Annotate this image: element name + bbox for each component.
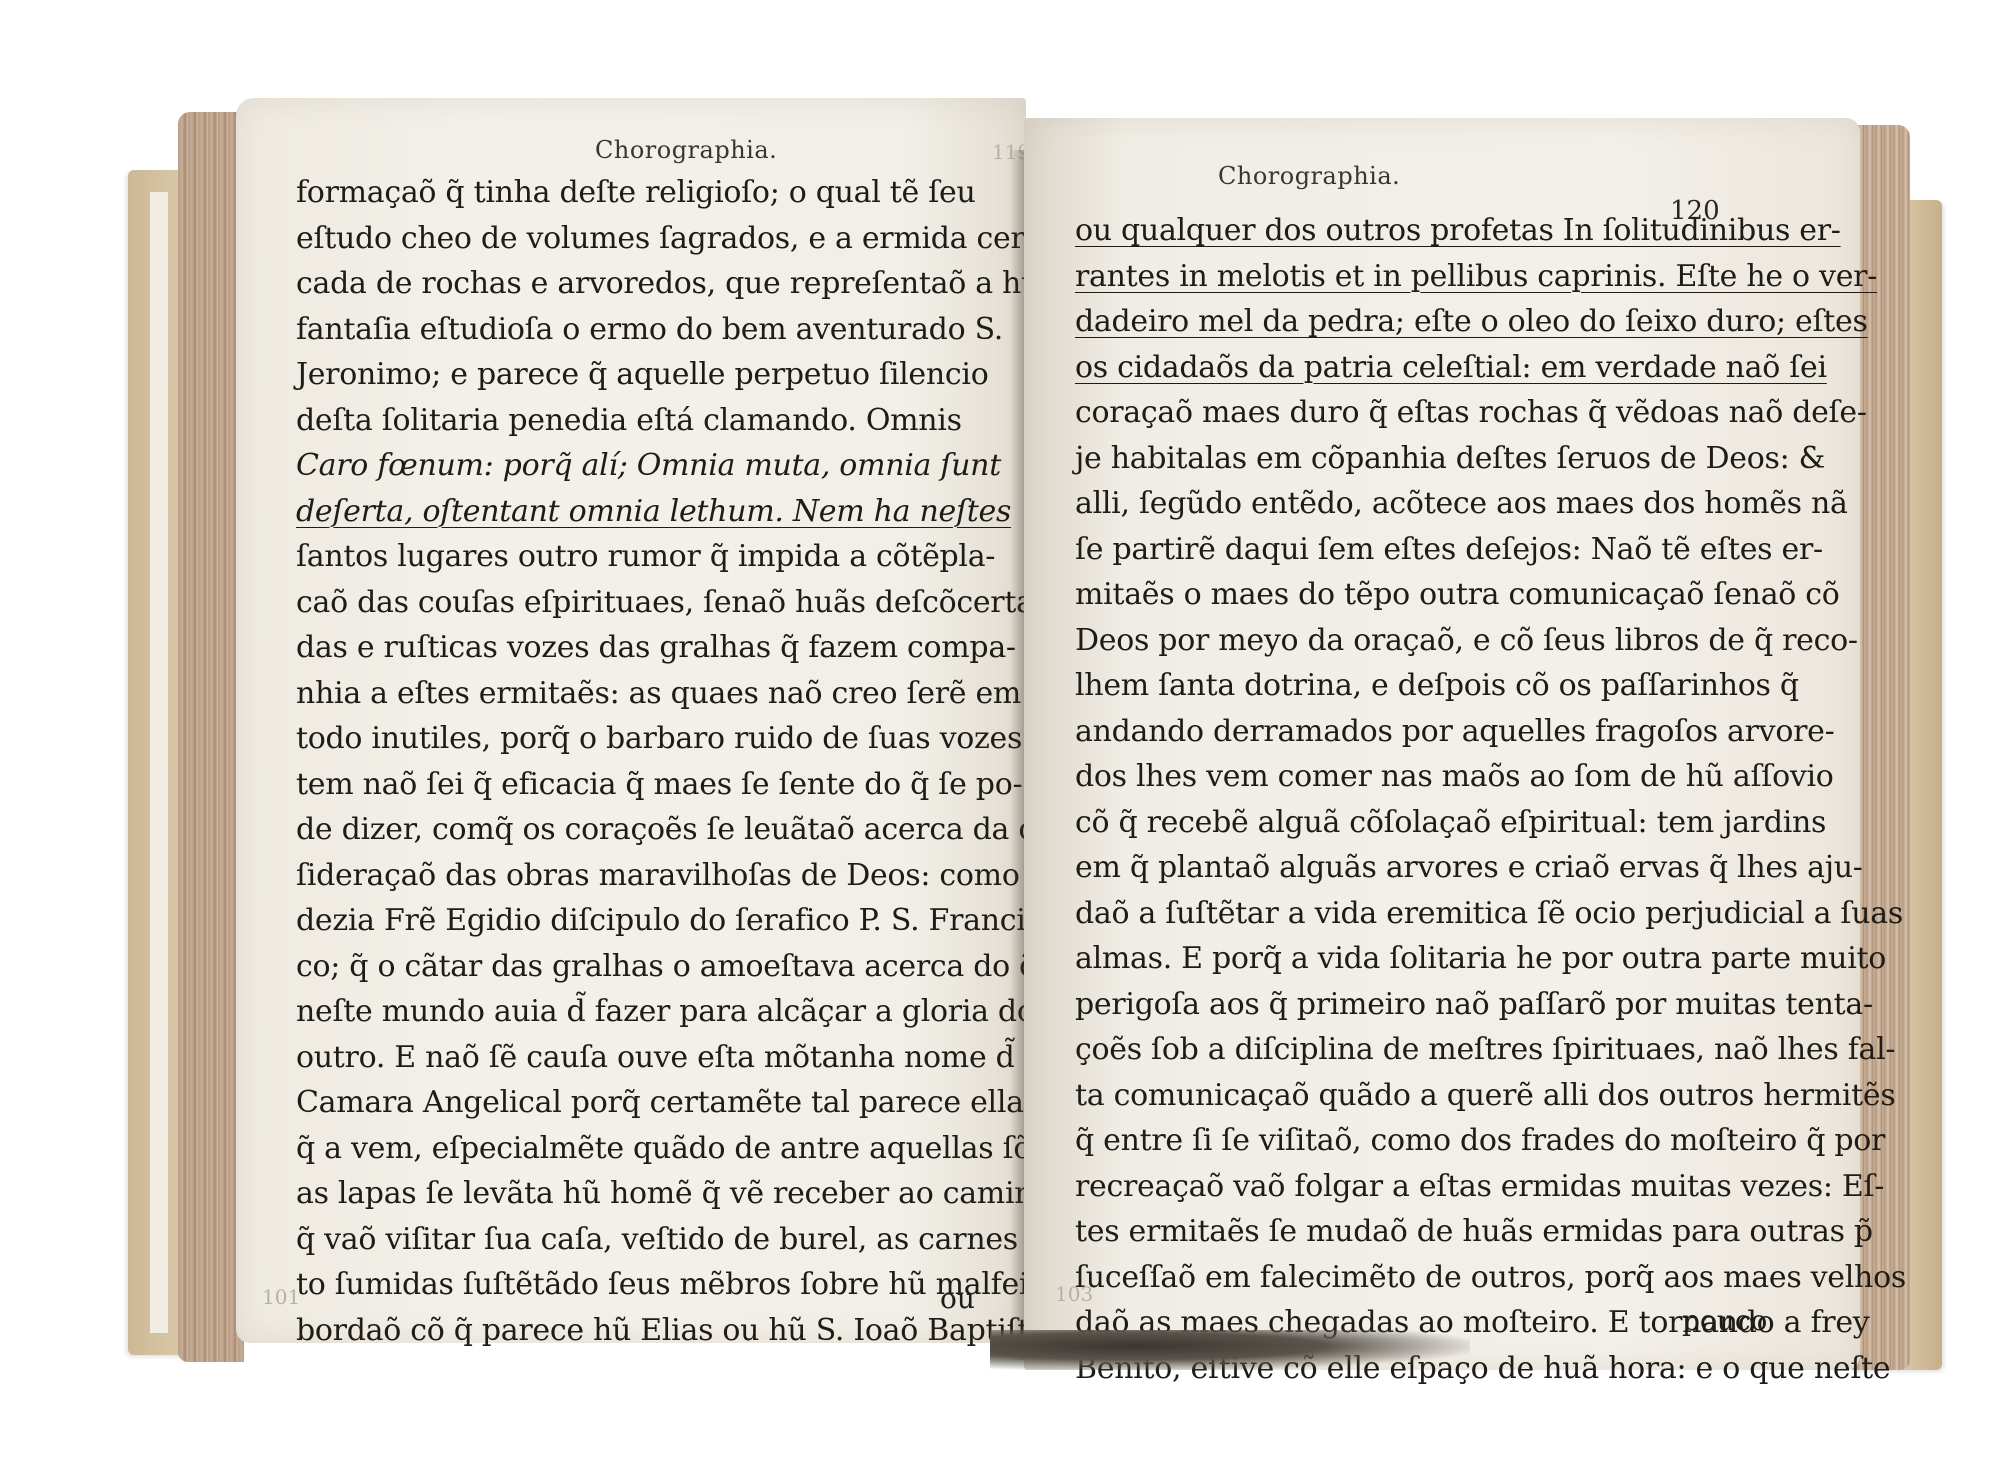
text-line-latin-quote: deſerta, oſtentant omnia lethum. Nem ha … <box>296 489 986 535</box>
left-catchword: ou <box>940 1282 975 1315</box>
text-line: as lapas ſe levãta hũ homẽ q̃ vẽ receber… <box>296 1171 986 1217</box>
left-page-text: formaçaõ q̃ tinha deſte religioſo; o qua… <box>296 170 986 1353</box>
right-catchword: pouco <box>1682 1304 1767 1337</box>
text-line-latin-quote: Caro fœnum: porq̃ alí; Omnia muta, omnia… <box>296 443 986 489</box>
text-line: Jeronimo; e parece q̃ aquelle perpetuo ſ… <box>296 352 986 398</box>
text-line: q̃ entre ſi ſe viſitaõ, como dos frades … <box>1075 1118 1775 1164</box>
text-line: fantaſia eſtudioſa o ermo do bem aventur… <box>296 307 986 353</box>
right-running-head: Chorographia. <box>1218 162 1400 190</box>
text-line: formaçaõ q̃ tinha deſte religioſo; o qua… <box>296 170 986 216</box>
text-line: bordaõ cõ q̃ parece hũ Elias ou hũ S. Io… <box>296 1308 986 1354</box>
text-line-latin-quote: ou qualquer dos outros profetas In ſolit… <box>1075 208 1775 254</box>
text-line: çoẽs ſob a diſciplina de meſtres ſpiritu… <box>1075 1027 1775 1073</box>
left-cover-liner <box>150 192 168 1333</box>
text-line: todo inutiles, porq̃ o barbaro ruido de … <box>296 716 986 762</box>
text-line: de dizer, comq̃ os coraçoẽs ſe leuãtaõ a… <box>296 807 986 853</box>
text-line: das e ruſticas vozes das gralhas q̃ faze… <box>296 625 986 671</box>
text-line: cõ q̃ recebẽ alguã cõſolaçaõ eſpiritual:… <box>1075 800 1775 846</box>
right-page-text: ou qualquer dos outros profetas In ſolit… <box>1075 208 1775 1391</box>
open-book-photograph: Chorographia. 119 formaçaõ q̃ tinha deſt… <box>0 0 2000 1467</box>
text-line: deſta ſolitaria penedia eſtá clamando. O… <box>296 398 986 444</box>
text-line: cada de rochas e arvoredos, que repreſen… <box>296 261 986 307</box>
text-line: andando derramados por aquelles fragoſos… <box>1075 709 1775 755</box>
text-line: dadeiro mel da pedra; eſte o oleo do ſei… <box>1075 299 1775 345</box>
text-line: dezia Frẽ Egidio diſcipulo do ſerafico P… <box>296 898 986 944</box>
text-line: Camara Angelical porq̃ certamẽte tal par… <box>296 1080 986 1126</box>
text-line: ſantos lugares outro rumor q̃ impida a c… <box>296 534 986 580</box>
text-line: co; q̃ o cãtar das gralhas o amoeſtava a… <box>296 944 986 990</box>
text-line: outro. E naõ ſẽ cauſa ouve eſta mõtanha … <box>296 1035 986 1081</box>
text-line: ſuceſſaõ em falecimẽto de outros, porq̃ … <box>1075 1255 1775 1301</box>
text-line: neſte mundo auia d̃ fazer para alcãçar a… <box>296 989 986 1035</box>
text-line: tes ermitaẽs ſe mudaõ de huãs ermidas pa… <box>1075 1209 1775 1255</box>
text-line: recreaçaõ vaõ folgar a eſtas ermidas mui… <box>1075 1164 1775 1210</box>
text-line: mitaẽs o maes do tẽpo outra comunicaçaõ … <box>1075 572 1775 618</box>
text-line: lhem ſanta dotrina, e deſpois cõ os paſſ… <box>1075 663 1775 709</box>
right-ghost-page-number-bottom: 103 <box>1055 1282 1093 1306</box>
text-line: to ſumidas ſuſtẽtãdo ſeus mẽbros ſobre h… <box>296 1262 986 1308</box>
left-running-head: Chorographia. <box>595 136 777 164</box>
text-line: nhia a eſtes ermitaẽs: as quaes naõ creo… <box>296 671 986 717</box>
text-line: caõ das couſas eſpirituaes, ſenaõ huãs d… <box>296 580 986 626</box>
text-line: em q̃ plantaõ alguãs arvores e criaõ erv… <box>1075 845 1775 891</box>
text-line: ſideraçaõ das obras maravilhoſas de Deos… <box>296 853 986 899</box>
text-line-latin-quote: rantes in melotis et in pellibus caprini… <box>1075 254 1775 300</box>
text-line: perigoſa aos q̃ primeiro naõ paſſarõ por… <box>1075 982 1775 1028</box>
text-line: ſe partirẽ daqui ſem eſtes deſejos: Naõ … <box>1075 527 1775 573</box>
left-page-block-edges <box>178 112 244 1362</box>
text-line: tem naõ ſei q̃ eficacia q̃ maes ſe ſente… <box>296 762 986 808</box>
text-line: q̃ a vem, eſpecialmẽte quãdo de antre aq… <box>296 1126 986 1172</box>
spine-shadow <box>990 1330 1470 1370</box>
text-line: almas. E porq̃ a vida ſolitaria he por o… <box>1075 936 1775 982</box>
text-line: coraçaõ maes duro q̃ eſtas rochas q̃ vẽd… <box>1075 390 1775 436</box>
text-line: os cidadaõs da patria celeſtial: em verd… <box>1075 345 1775 391</box>
left-ghost-page-number-bottom: 101 <box>262 1285 300 1309</box>
text-line: dos lhes vem comer nas maõs ao ſom de hũ… <box>1075 754 1775 800</box>
text-line: je habitalas em cõpanhia deſtes ſeruos d… <box>1075 436 1775 482</box>
text-line: alli, ſegũdo entẽdo, acõtece aos maes do… <box>1075 481 1775 527</box>
text-line: Deos por meyo da oraçaõ, e cõ ſeus libro… <box>1075 618 1775 664</box>
text-line: ta comunicaçaõ quãdo a querẽ alli dos ou… <box>1075 1073 1775 1119</box>
text-line: daõ a ſuſtẽtar a vida eremitica ſẽ ocio … <box>1075 891 1775 937</box>
text-line: eſtudo cheo de volumes ſagrados, e a erm… <box>296 216 986 262</box>
text-line: q̃ vaõ viſitar ſua caſa, veſtido de bure… <box>296 1217 986 1263</box>
